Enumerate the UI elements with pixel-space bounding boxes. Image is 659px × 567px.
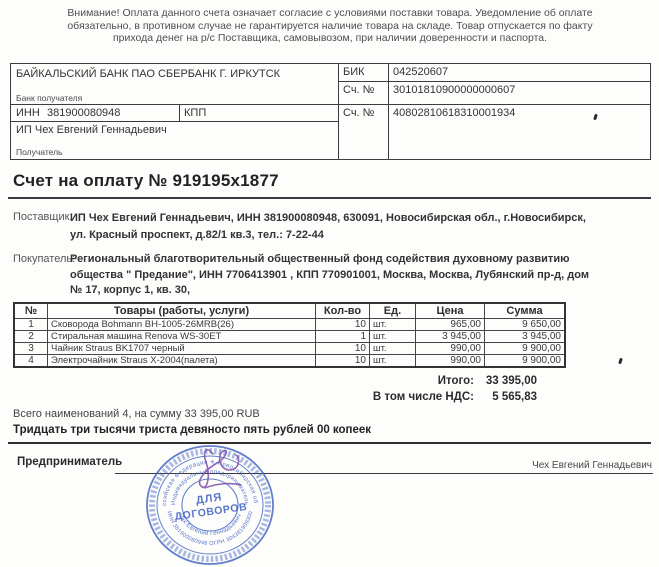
signatory-name: Чех Евгений Геннадьевич [430,460,652,471]
col-header-number: № [14,303,48,319]
item-price: 965,00 [416,319,485,331]
total-label: Итого: [274,375,474,387]
payee-name: ИП Чех Евгений Геннадьевич [16,124,167,136]
item-name: Чайник Straus BK1707 черный [48,343,316,355]
bik-label: БИК [343,66,365,78]
item-number: 4 [14,355,48,368]
item-qty: 1 [316,331,370,343]
col-header-sum: Сумма [485,303,566,319]
payment-warning-note: Внимание! Оплата данного счета означает … [28,7,632,45]
item-qty: 10 [316,355,370,368]
scan-artifact [618,358,623,365]
handwritten-signature [185,444,255,502]
item-qty: 10 [316,319,370,331]
vat-label: В том числе НДС: [274,391,474,403]
col-header-qty: Кол-во [316,303,370,319]
item-price: 990,00 [416,355,485,368]
item-name: Сковорода Bohmann BH-1005-26MRB(26) [48,319,316,331]
items-table: № Товары (работы, услуги) Кол-во Ед. Цен… [13,302,566,368]
title-rule [8,197,651,199]
divider [179,104,180,121]
account-label: Сч. № [343,107,374,119]
divider [11,104,650,105]
item-number: 3 [14,343,48,355]
item-row: 3 Чайник Straus BK1707 черный 10 шт. 990… [14,343,565,355]
item-price: 3 945,00 [416,331,485,343]
supplier-text: ИП Чех Евгений Геннадьевич, ИНН 38190008… [70,210,586,244]
entrepreneur-label: Предприниматель [17,456,122,468]
item-unit: шт. [370,331,416,343]
corr-account-value: 30101810900000000607 [393,84,515,96]
footer-rule [8,442,651,444]
col-header-goods: Товары (работы, услуги) [48,303,316,319]
item-qty: 10 [316,343,370,355]
item-row: 2 Стиральная машина Renova WS-30ET 1 шт.… [14,331,565,343]
invoice-title: Счет на оплату № 919195х1877 [13,171,279,191]
warning-line-3: прихода денег на р/с Поставщика, самовыв… [28,32,632,45]
invoice-document: Внимание! Оплата данного счета означает … [0,0,659,567]
warning-line-1: Внимание! Оплата данного счета означает … [28,7,632,20]
item-row: 4 Электрочайник Straus X-2004(палета) 10… [14,355,565,368]
divider [388,64,389,159]
item-name: Электрочайник Straus X-2004(палета) [48,355,316,368]
account-value: 40802810618310001934 [393,107,515,119]
items-header-row: № Товары (работы, услуги) Кол-во Ед. Цен… [14,303,565,319]
divider [338,81,650,82]
bank-requisites-table: БАЙКАЛЬСКИЙ БАНК ПАО СБЕРБАНК Г. ИРКУТСК… [10,63,651,160]
bik-value: 042520607 [393,66,448,78]
buyer-line-3: № 17, корпус 1, кв. 30, [70,283,589,299]
corr-account-label: Сч. № [343,84,374,96]
item-sum: 3 945,00 [485,331,566,343]
buyer-line-1: Региональный благотворительный обществен… [70,252,589,268]
bank-caption: Банк получателя [16,93,82,103]
supplier-line-1: ИП Чех Евгений Геннадьевич, ИНН 38190008… [70,210,586,227]
kpp-label: КПП [184,107,206,119]
supplier-label: Поставщик: [13,211,72,223]
amount-in-words: Тридцать три тысячи триста девяносто пят… [13,424,371,436]
item-sum: 9 900,00 [485,355,566,368]
total-value: 33 395,00 [452,375,537,387]
items-body: 1 Сковорода Bohmann BH-1005-26MRB(26) 10… [14,319,565,368]
items-count-line: Всего наименований 4, на сумму 33 395,00… [13,408,260,420]
item-row: 1 Сковорода Bohmann BH-1005-26MRB(26) 10… [14,319,565,331]
item-unit: шт. [370,319,416,331]
item-number: 2 [14,331,48,343]
bank-name: БАЙКАЛЬСКИЙ БАНК ПАО СБЕРБАНК Г. ИРКУТСК [16,68,280,80]
buyer-line-2: общества " Предание", ИНН 7706413901 , К… [70,268,589,284]
item-sum: 9 900,00 [485,343,566,355]
col-header-unit: Ед. [370,303,416,319]
divider [338,64,339,159]
item-number: 1 [14,319,48,331]
item-name: Стиральная машина Renova WS-30ET [48,331,316,343]
payee-caption: Получатель [16,147,62,157]
item-unit: шт. [370,355,416,368]
warning-line-2: обязательно, в противном случае не гаран… [28,20,632,33]
supplier-line-2: ул. Красный проспект, д.82/1 кв.3, тел.:… [70,227,586,244]
item-price: 990,00 [416,343,485,355]
item-sum: 9 650,00 [485,319,566,331]
inn-label: ИНН [16,107,40,119]
vat-value: 5 565,83 [452,391,537,403]
buyer-text: Региональный благотворительный обществен… [70,252,589,299]
item-unit: шт. [370,343,416,355]
buyer-label: Покупатель: [13,253,75,265]
col-header-price: Цена [416,303,485,319]
inn-value: 381900080948 [47,107,120,119]
divider [11,121,338,122]
